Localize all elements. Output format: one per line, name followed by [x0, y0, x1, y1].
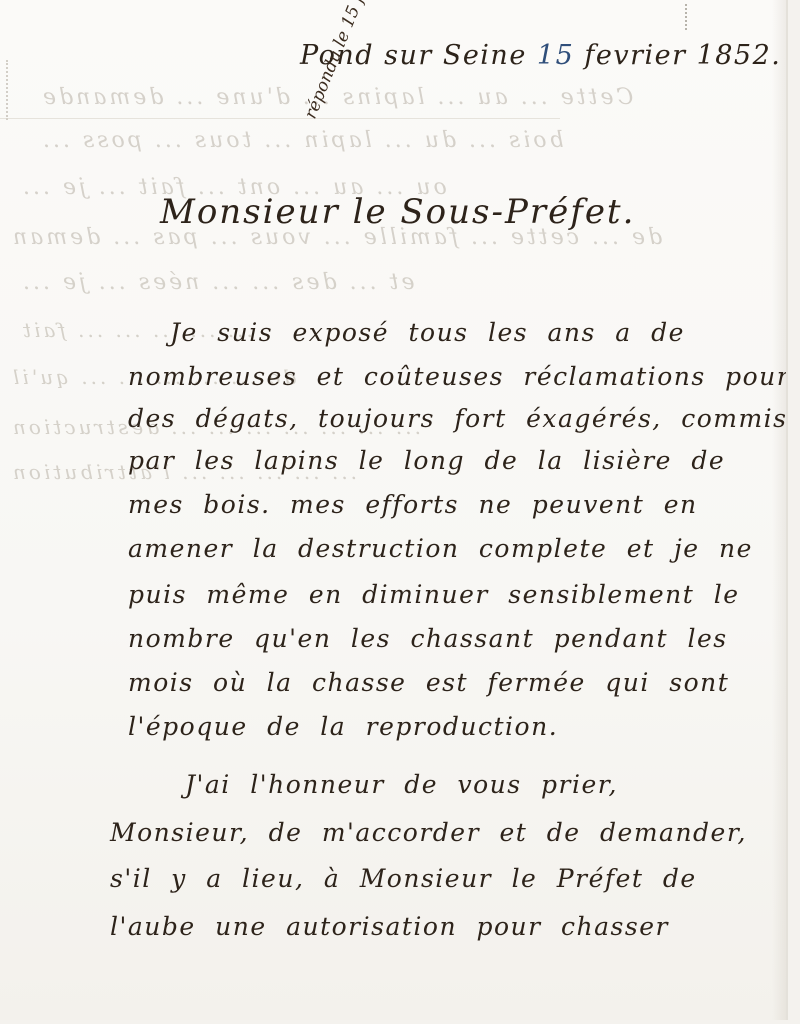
body-line: mes bois. mes efforts ne peuvent en	[128, 490, 698, 519]
body-line: des dégats, toujours fort éxagérés, comm…	[128, 404, 787, 433]
body-line: J'ai l'honneur de vous prier,	[185, 770, 618, 799]
letter-header: Pond sur Seine 15 fevrier 1852.	[300, 40, 781, 71]
margin-marks	[6, 60, 10, 120]
body-line: s'il y a lieu, à Monsieur le Préfet de	[110, 864, 697, 893]
bleed-through-rule	[0, 118, 560, 119]
body-line: par les lapins le long de la lisière de	[128, 446, 725, 475]
bleed-through-text: et ... des ... ... nées ... je ...	[20, 270, 414, 295]
body-line: l'aube une autorisation pour chasser	[110, 912, 669, 941]
page-edge-shadow	[772, 0, 786, 1020]
body-line: nombreuses et coûteuses réclamations pou…	[128, 362, 788, 391]
date-day: 15	[537, 40, 574, 71]
bleed-through-text: Cette ... au ... lapins ... d'une ... de…	[40, 85, 633, 110]
body-line: mois où la chasse est fermée qui sont	[128, 668, 729, 697]
body-line: Je suis exposé tous les ans a de	[170, 318, 685, 347]
ink-dots	[685, 4, 689, 30]
body-line: amener la destruction complete et je ne	[128, 534, 753, 563]
letter-page: Cette ... au ... lapins ... d'une ... de…	[0, 0, 788, 1020]
bleed-through-text: bois ... du ... lapin ... tous ... poss …	[40, 128, 564, 153]
body-line: l'époque de la reproduction.	[128, 712, 558, 741]
body-line: puis même en diminuer sensiblement le	[128, 580, 740, 609]
body-line: nombre qu'en les chassant pendant les	[128, 624, 728, 653]
body-line: Monsieur, de m'accorder et de demander,	[110, 818, 747, 847]
salutation: Monsieur le Sous-Préfet.	[160, 192, 635, 232]
date-month-year: fevrier 1852.	[584, 40, 781, 71]
